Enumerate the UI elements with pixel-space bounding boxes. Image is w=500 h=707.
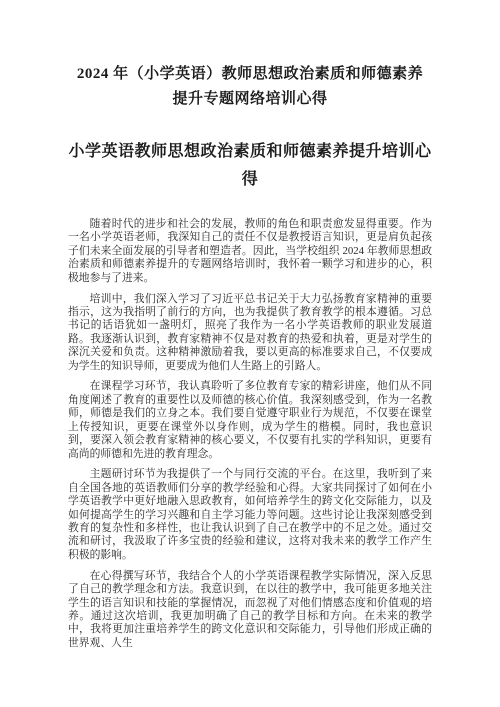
document-subtitle: 小学英语教师思想政治素质和师德素养提升培训心 得	[68, 138, 432, 194]
document-body: 随着时代的进步和社会的发展，教师的角色和职责愈发显得重要。作为一名小学英语老师，…	[68, 218, 432, 650]
title-line-1: 2024 年（小学英语）教师思想政治素质和师德素养	[68, 62, 432, 87]
document-page: 2024 年（小学英语）教师思想政治素质和师德素养 提升专题网络培训心得 小学英…	[0, 0, 500, 707]
paragraph-3: 在课程学习环节，我认真聆听了多位教育专家的精彩讲座，他们从不同角度阐述了教育的重…	[68, 380, 432, 460]
title-line-2: 提升专题网络培训心得	[68, 87, 432, 112]
paragraph-1: 随着时代的进步和社会的发展，教师的角色和职责愈发显得重要。作为一名小学英语老师，…	[68, 218, 432, 285]
subtitle-line-2: 得	[68, 166, 432, 194]
paragraph-4: 主题研讨环节为我提供了一个与同行交流的平台。在这里，我听到了来自全国各地的英语教…	[68, 468, 432, 562]
document-title: 2024 年（小学英语）教师思想政治素质和师德素养 提升专题网络培训心得	[68, 62, 432, 112]
paragraph-5: 在心得撰写环节，我结合个人的小学英语课程教学实际情况，深入反思了自己的教学理念和…	[68, 570, 432, 650]
subtitle-line-1: 小学英语教师思想政治素质和师德素养提升培训心	[68, 138, 432, 166]
paragraph-2: 培训中，我们深入学习了习近平总书记关于大力弘扬教育家精神的重要指示，这为我指明了…	[68, 293, 432, 373]
